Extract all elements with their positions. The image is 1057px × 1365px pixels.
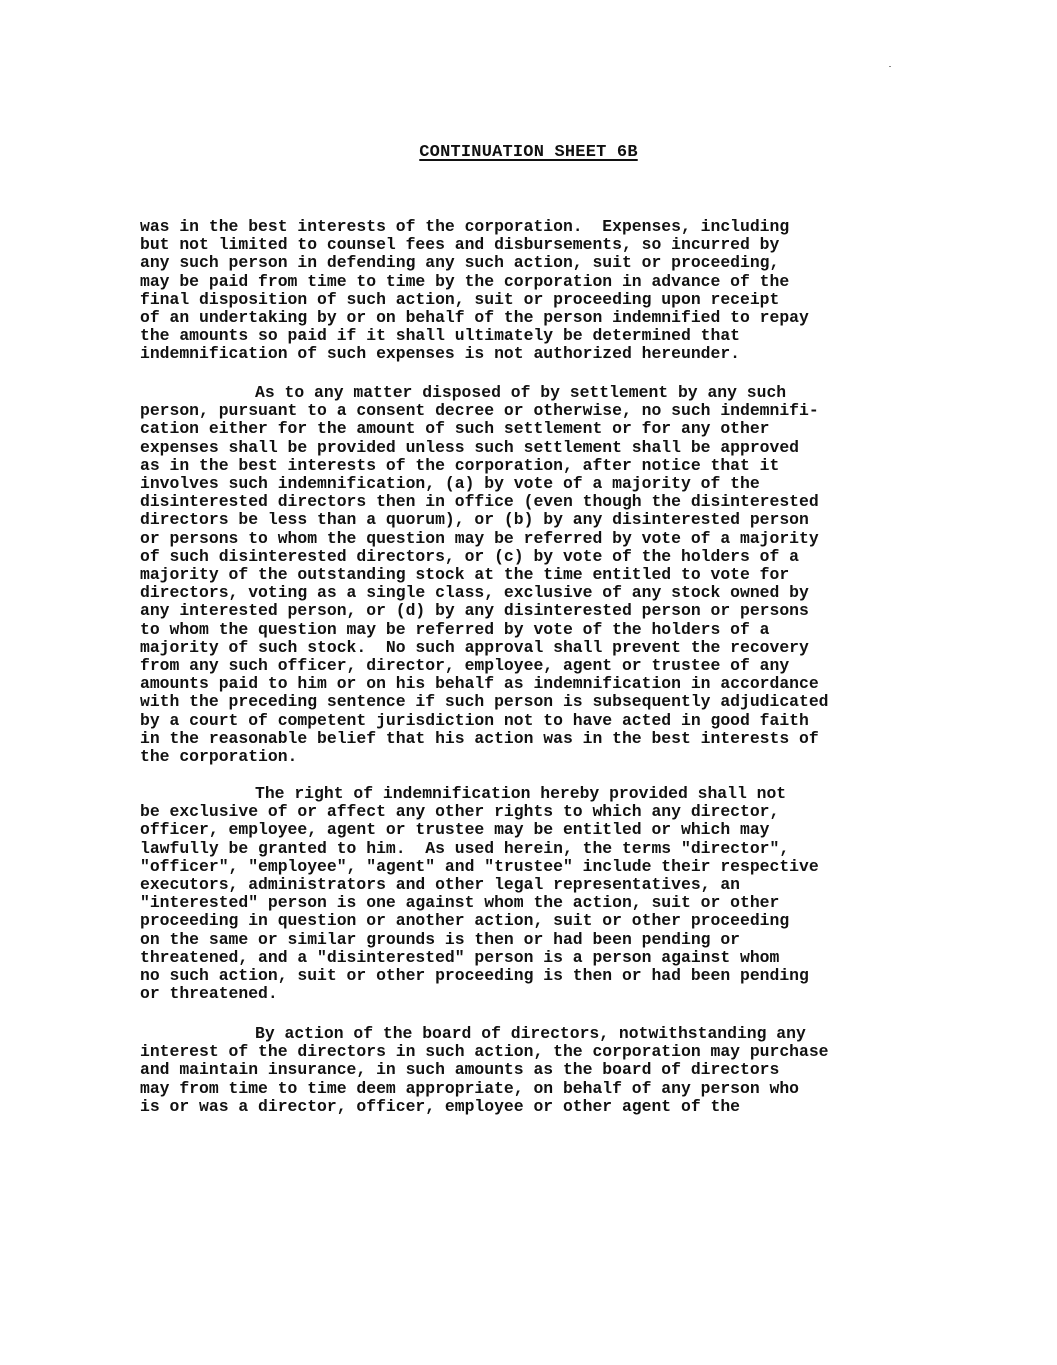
text-line: "officer", "employee", "agent" and "trus… xyxy=(140,858,940,876)
text-line: By action of the board of directors, not… xyxy=(140,1025,940,1043)
text-line: person, pursuant to a consent decree or … xyxy=(140,402,940,420)
paragraph-insurance: By action of the board of directors, not… xyxy=(140,1025,940,1116)
text-line: lawfully be granted to him. As used here… xyxy=(140,840,940,858)
text-line: threatened, and a "disinterested" person… xyxy=(140,949,940,967)
paragraph-settlement: As to any matter disposed of by settleme… xyxy=(140,384,940,766)
text-line: of an undertaking by or on behalf of the… xyxy=(140,309,940,327)
text-line: final disposition of such action, suit o… xyxy=(140,291,940,309)
text-line: expenses shall be provided unless such s… xyxy=(140,439,940,457)
text-line: majority of such stock. No such approval… xyxy=(140,639,940,657)
paragraph-right-of-indemnification: The right of indemnification hereby prov… xyxy=(140,785,940,1003)
text-line: but not limited to counsel fees and disb… xyxy=(140,236,940,254)
text-line: officer, employee, agent or trustee may … xyxy=(140,821,940,839)
text-line: in the reasonable belief that his action… xyxy=(140,730,940,748)
text-line: is or was a director, officer, employee … xyxy=(140,1098,940,1116)
text-line: any interested person, or (d) by any dis… xyxy=(140,602,940,620)
text-line: to whom the question may be referred by … xyxy=(140,621,940,639)
text-line: with the preceding sentence if such pers… xyxy=(140,693,940,711)
text-line: cation either for the amount of such set… xyxy=(140,420,940,438)
text-line: executors, administrators and other lega… xyxy=(140,876,940,894)
document-page: CONTINUATION SHEET 6B was in the best in… xyxy=(0,0,1057,1365)
text-line: and maintain insurance, in such amounts … xyxy=(140,1061,940,1079)
text-line: from any such officer, director, employe… xyxy=(140,657,940,675)
text-line: may be paid from time to time by the cor… xyxy=(140,273,940,291)
text-line: interest of the directors in such action… xyxy=(140,1043,940,1061)
text-line: proceeding in question or another action… xyxy=(140,912,940,930)
text-line: any such person in defending any such ac… xyxy=(140,254,940,272)
text-line: be exclusive of or affect any other righ… xyxy=(140,803,940,821)
text-line: or persons to whom the question may be r… xyxy=(140,530,940,548)
text-line: "interested" person is one against whom … xyxy=(140,894,940,912)
text-line: the amounts so paid if it shall ultimate… xyxy=(140,327,940,345)
text-line: disinterested directors then in office (… xyxy=(140,493,940,511)
text-line: as in the best interests of the corporat… xyxy=(140,457,940,475)
text-line: no such action, suit or other proceeding… xyxy=(140,967,940,985)
text-line: majority of the outstanding stock at the… xyxy=(140,566,940,584)
text-line: or threatened. xyxy=(140,985,940,1003)
text-line: amounts paid to him or on his behalf as … xyxy=(140,675,940,693)
text-line: by a court of competent jurisdiction not… xyxy=(140,712,940,730)
text-line: directors, voting as a single class, exc… xyxy=(140,584,940,602)
text-line: As to any matter disposed of by settleme… xyxy=(140,384,940,402)
text-line: was in the best interests of the corpora… xyxy=(140,218,940,236)
page-heading: CONTINUATION SHEET 6B xyxy=(0,143,1057,162)
text-line: of such disinterested directors, or (c) … xyxy=(140,548,940,566)
scan-speck xyxy=(889,66,891,67)
text-line: may from time to time deem appropriate, … xyxy=(140,1080,940,1098)
paragraph-expenses: was in the best interests of the corpora… xyxy=(140,218,940,364)
text-line: the corporation. xyxy=(140,748,940,766)
heading-text: CONTINUATION SHEET 6B xyxy=(419,143,637,162)
text-line: directors be less than a quorum), or (b)… xyxy=(140,511,940,529)
text-line: involves such indemnification, (a) by vo… xyxy=(140,475,940,493)
text-line: on the same or similar grounds is then o… xyxy=(140,931,940,949)
text-line: The right of indemnification hereby prov… xyxy=(140,785,940,803)
text-line: indemnification of such expenses is not … xyxy=(140,345,940,363)
